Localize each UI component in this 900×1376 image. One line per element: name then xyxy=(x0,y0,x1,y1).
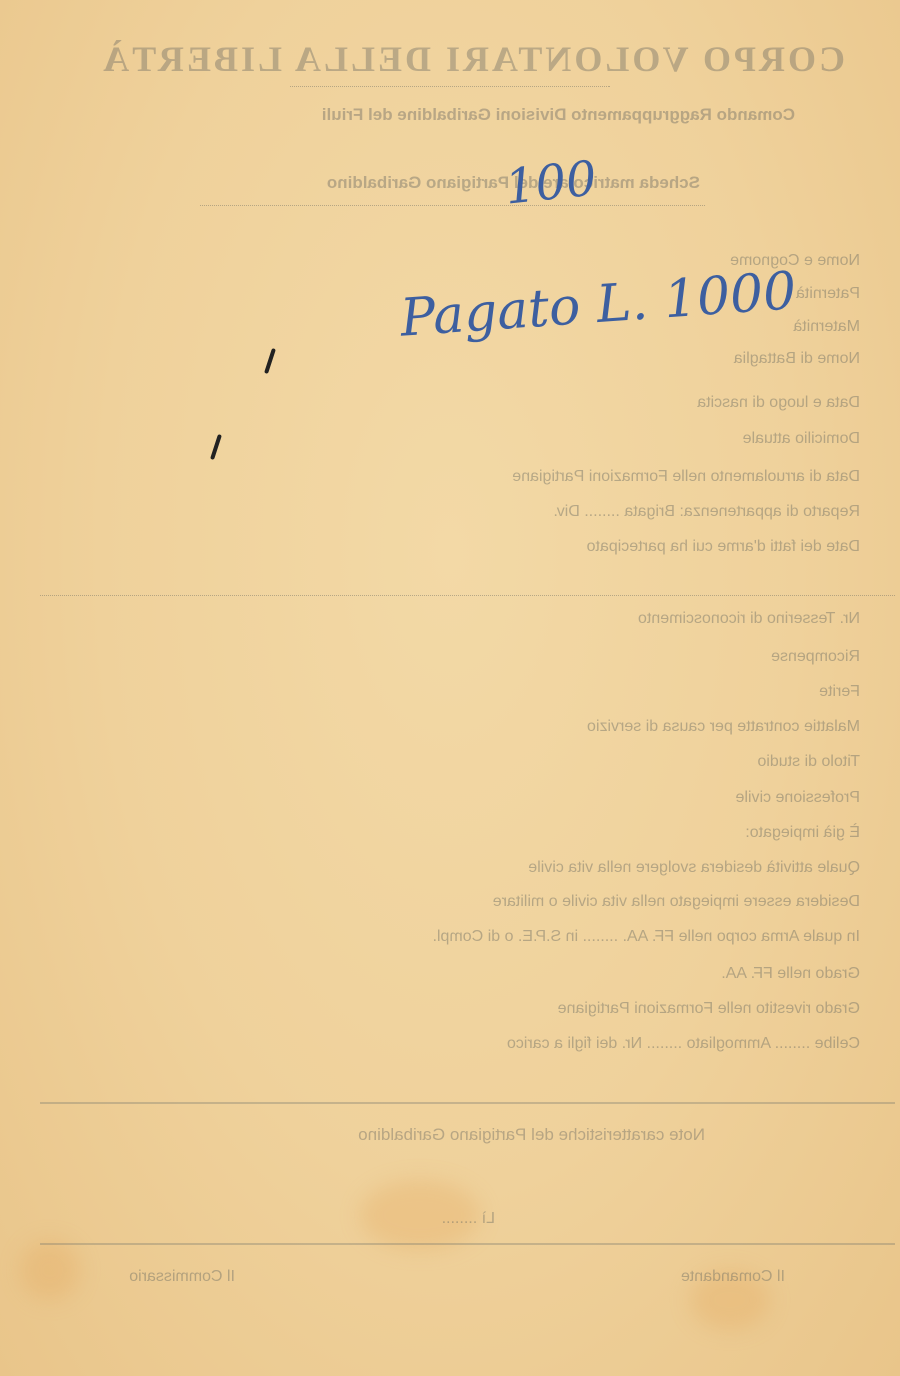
field-label: In quale Arma corpo nelle FF. AA. ......… xyxy=(433,928,860,946)
field-label: Date dei fatti d'arme cui ha partecipato xyxy=(587,538,860,556)
field-label: Grado nelle FF. AA. xyxy=(721,965,860,983)
field-label: Data e luogo di nascita xyxy=(697,394,860,412)
field-label: Reparto di appartenenza: Brigata .......… xyxy=(553,503,860,521)
signature-commissioner: Il Commissario xyxy=(129,1268,235,1286)
form-subtitle: Comando Raggruppamento Divisioni Garibal… xyxy=(322,105,795,125)
field-label: Quale attività desidera svolgere nella v… xyxy=(528,859,860,877)
field-label: Professione civile xyxy=(736,789,861,807)
field-label: Nome di Battaglia xyxy=(734,350,860,368)
place-date: Lì ........ xyxy=(442,1210,495,1228)
field-label: Domicilio attuale xyxy=(743,430,860,448)
signature-commander: Il Comandante xyxy=(681,1268,785,1286)
field-label: Paternità xyxy=(796,285,860,303)
field-label: Grado rivestito nelle Formazioni Partigi… xyxy=(558,1000,860,1018)
notes-heading: Note caratteristiche del Partigiano Gari… xyxy=(358,1125,705,1145)
form-title: CORPO VOLONTARI DELLA LIBERTÀ xyxy=(100,38,845,80)
bleed-through-print: CORPO VOLONTARI DELLA LIBERTÀ Comando Ra… xyxy=(0,0,900,1376)
field-label: È già impiegato: xyxy=(745,824,860,842)
field-label: Titolo di studio xyxy=(757,753,860,771)
field-label: Maternità xyxy=(793,318,860,336)
field-label: Ricompense xyxy=(771,648,860,666)
field-label: Malattie contratte per causa di servizio xyxy=(587,718,860,736)
field-label: Nr. Tesserino di riconoscimento xyxy=(638,610,860,628)
field-label: Celibe ........ Ammogliato ........ Nr. … xyxy=(507,1035,860,1053)
field-label: Desidera essere impiegato nella vita civ… xyxy=(493,893,860,911)
field-label: Data di arruolamento nelle Formazioni Pa… xyxy=(512,468,860,486)
field-label: Ferite xyxy=(819,683,860,701)
handwritten-number: 100 xyxy=(502,150,599,215)
